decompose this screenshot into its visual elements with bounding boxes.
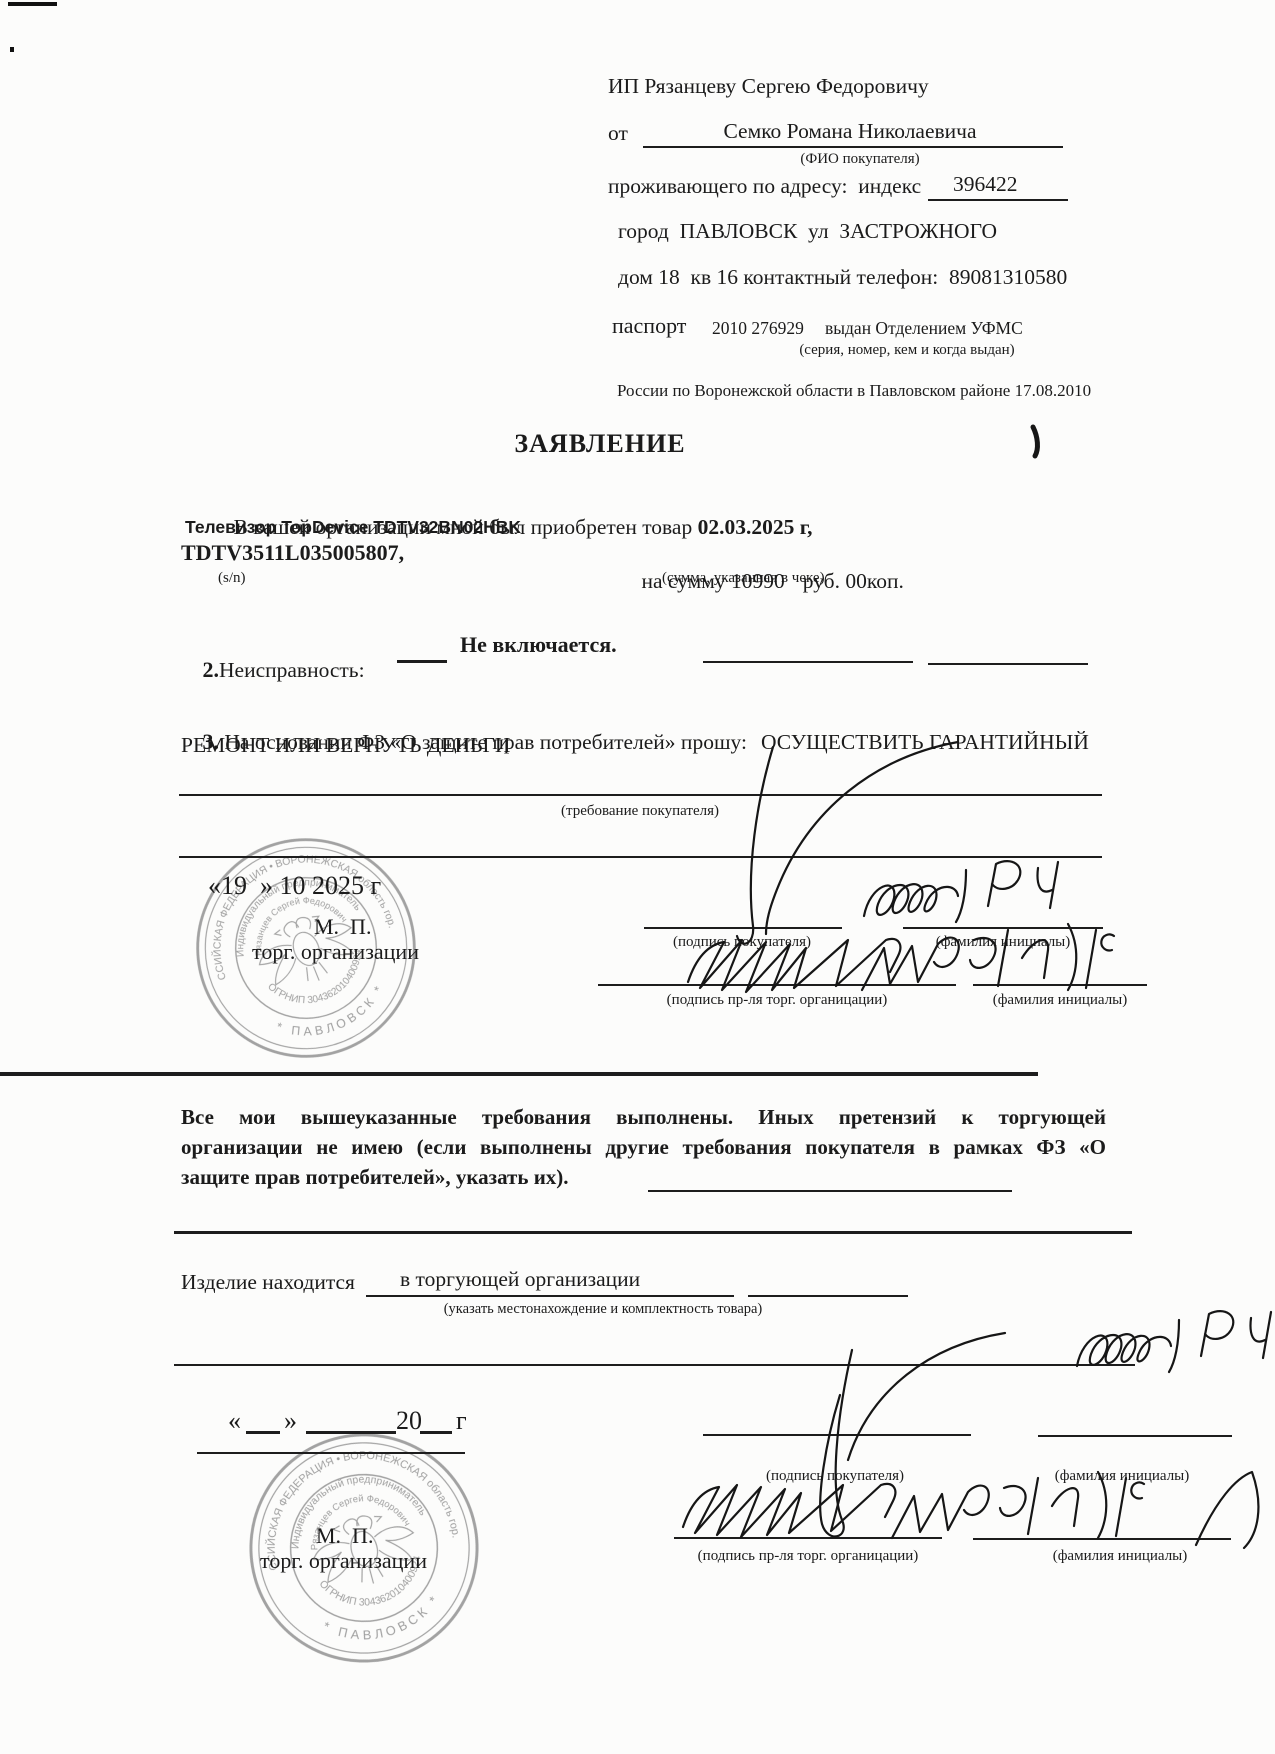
buyer-sign-caption-1: (подпись покупателя) xyxy=(642,934,842,951)
blank-date-rule xyxy=(197,1452,465,1454)
postal-index-underline xyxy=(928,199,1068,201)
blank-date-day-underline xyxy=(246,1431,280,1434)
buyer-sign-line-2 xyxy=(703,1434,971,1436)
handwriting-buyer-name-1 xyxy=(864,861,1058,922)
seller-sign-caption-1: (подпись пр-ля торг. органицации) xyxy=(596,992,958,1009)
mp-org-label-1: торг. организации xyxy=(252,940,419,965)
location-caption: (указать местонахождение и комплектность… xyxy=(393,1301,813,1317)
section-separator xyxy=(0,1072,1038,1076)
defect-line: 2.Неисправность: xyxy=(181,634,365,707)
location-value: в торгующей организации xyxy=(400,1267,640,1291)
house-phone-line: дом 18 кв 16 контактный телефон: 8908131… xyxy=(618,265,1067,289)
seller-sign-line-2 xyxy=(674,1537,942,1539)
fulfilled-line-1: Все мои вышеуказанные требования выполне… xyxy=(181,1106,1106,1130)
scanned-claim-form: РОССИЙСКАЯ ФЕДЕРАЦИЯ • ВОРОНЕЖСКАЯ облас… xyxy=(0,0,1275,1754)
defect-blank-underline xyxy=(397,660,447,663)
from-caption: (ФИО покупателя) xyxy=(700,151,1020,168)
seller-name-line-1 xyxy=(973,984,1147,986)
defect-value: Не включается. xyxy=(460,633,617,658)
seller-sign-line-1 xyxy=(598,984,956,986)
fulfilled-underline xyxy=(648,1190,1012,1192)
blank-date-quote-open: « xyxy=(228,1406,241,1435)
defect-number: 2. xyxy=(203,657,220,682)
location-rule xyxy=(174,1364,1135,1366)
from-name: Семко Романа Николаевича xyxy=(650,119,1050,143)
location-label: Изделие находится xyxy=(181,1270,355,1294)
mp-label-2: М. П. xyxy=(316,1524,373,1549)
from-label: от xyxy=(608,121,628,145)
fulfilled-rule xyxy=(174,1231,1132,1234)
defect-underline-2 xyxy=(928,663,1088,665)
demand-rule-1 xyxy=(179,794,1102,796)
product-name: Телевизор TopDevice TDTV32BN02HBK xyxy=(185,518,521,538)
signature-seller-2 xyxy=(683,1484,895,1537)
amount-caption: (сумма, указанная в чеке) xyxy=(662,570,825,587)
pen-mark xyxy=(1033,427,1037,456)
defect-label: Неисправность: xyxy=(219,658,365,682)
handwriting-buyer-name-2 xyxy=(1077,1311,1271,1372)
seller-name-caption-2: (фамилия инициалы) xyxy=(1008,1548,1232,1565)
serial-number: TDTV3511L035005807, xyxy=(181,541,404,566)
seller-name-caption-1: (фамилия инициалы) xyxy=(965,992,1155,1009)
stamp-outer-text: РОССИЙСКАЯ ФЕДЕРАЦИЯ • ВОРОНЕЖСКАЯ облас… xyxy=(158,800,399,1006)
passport-issued-by: выдан Отделением УФМС xyxy=(825,319,1023,339)
passport-number: 2010 276929 xyxy=(712,319,804,339)
passport-caption: (серия, номер, кем и когда выдан) xyxy=(782,342,1032,359)
location-underline-1 xyxy=(366,1295,734,1297)
location-underline-2 xyxy=(748,1295,908,1297)
postal-index-value: 396422 xyxy=(953,172,1018,196)
seller-sign-caption-2: (подпись пр-ля торг. органицации) xyxy=(628,1548,988,1565)
scan-artifact-line xyxy=(8,2,57,6)
scan-artifact-dot xyxy=(10,47,14,52)
blank-date-month-underline xyxy=(306,1431,396,1434)
fulfilled-line-3: защите прав потребителей», указать их). xyxy=(181,1166,569,1190)
svg-text:РОССИЙСКАЯ ФЕДЕРАЦИЯ • ВОРОНЕЖ: РОССИЙСКАЯ ФЕДЕРАЦИЯ • ВОРОНЕЖСКАЯ облас… xyxy=(158,800,399,1006)
blank-date-year-underline xyxy=(420,1431,452,1434)
serial-caption: (s/n) xyxy=(218,570,246,587)
purchase-date: 02.03.2025 г, xyxy=(698,515,813,539)
buyer-sign-caption-2: (подпись покупателя) xyxy=(690,1468,980,1485)
buyer-name-caption-2: (фамилия инициалы) xyxy=(1010,1468,1234,1485)
blank-date-year-prefix: 20 xyxy=(396,1406,422,1435)
passport-issued-by-2: России по Воронежской области в Павловск… xyxy=(617,381,1091,400)
defect-underline-1 xyxy=(703,661,913,663)
from-underline xyxy=(643,146,1063,148)
blank-date-quote-close: » xyxy=(284,1406,297,1435)
passport-label: паспорт xyxy=(612,314,686,339)
buyer-name-line-2 xyxy=(1038,1435,1232,1437)
buyer-sign-line-1 xyxy=(644,927,842,929)
mp-label-1: М. П. xyxy=(314,915,371,940)
stamp-date-filled: «19 » 10 2025 г xyxy=(208,871,381,900)
residence-label: проживающего по адресу: индекс xyxy=(608,174,921,198)
demand-rule-2 xyxy=(179,856,1102,858)
mp-org-label-2: торг. организации xyxy=(260,1549,427,1574)
fulfilled-line-2: организации не имею (если выполнены друг… xyxy=(181,1136,1106,1160)
demand-caption: (требование покупателя) xyxy=(540,803,740,820)
buyer-name-caption-1: (фамилия инициалы) xyxy=(901,934,1105,951)
blank-date-year-suffix: г xyxy=(456,1406,467,1435)
demand-line-2: РЕМОНТ ИЛИ ВЕРНУТЬ ДЕНЬГИ xyxy=(181,733,510,757)
demand-request-1: ОСУЩЕСТВИТЬ ГАРАНТИЙНЫЙ xyxy=(761,730,1089,754)
addressee-line: ИП Рязанцеву Сергею Федоровичу xyxy=(608,74,929,98)
buyer-name-line-1 xyxy=(903,927,1103,929)
page-title: ЗАЯВЛЕНИЕ xyxy=(445,429,755,458)
city-line: город ПАВЛОВСК ул ЗАСТРОЖНОГО xyxy=(618,219,997,243)
seller-name-line-2 xyxy=(973,1538,1231,1540)
